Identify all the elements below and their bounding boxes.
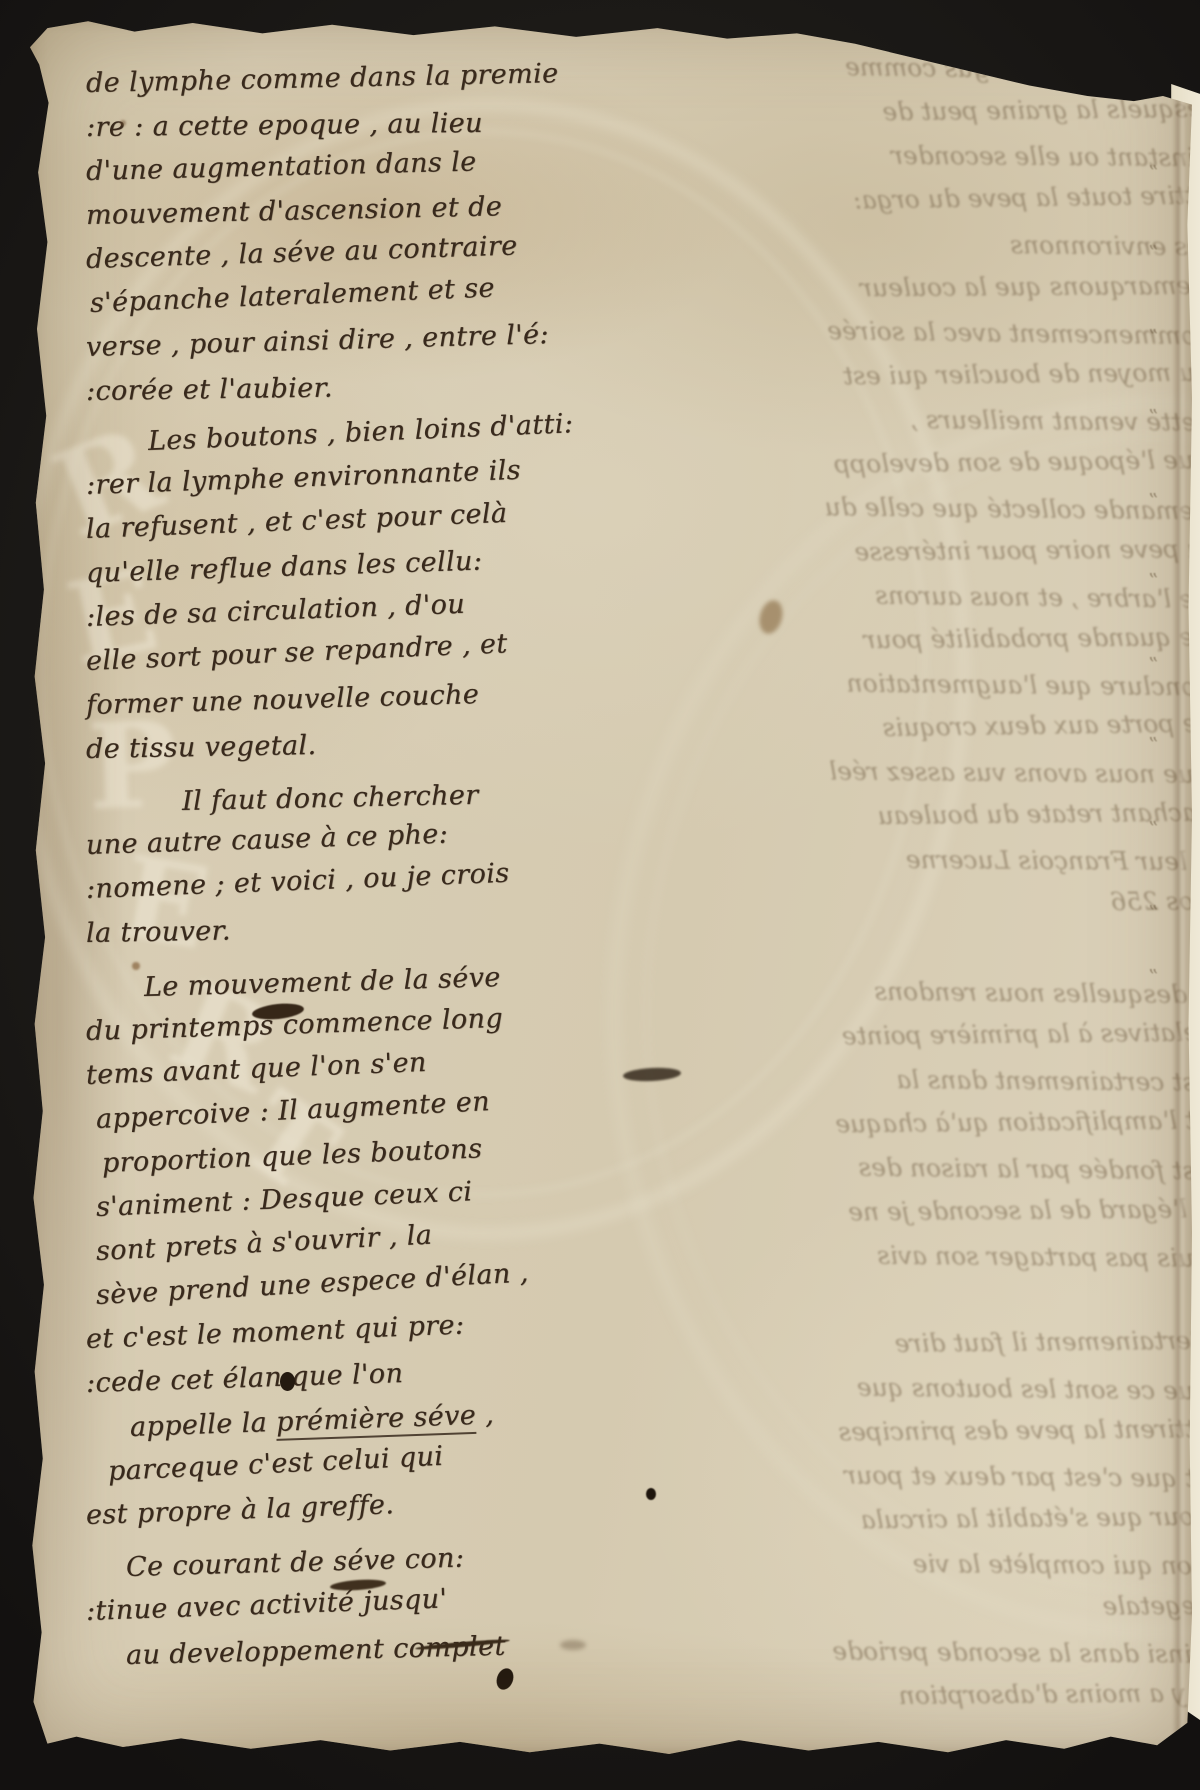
verso-stamp-ring-outer: [610, 400, 1200, 1636]
text-run: mouvement d'ascension et de: [86, 191, 503, 231]
verso-showthrough-line: commencement avec la soirée: [575, 306, 1200, 359]
verso-stamp-ring-inner: [645, 435, 1200, 1591]
ink-blot: [756, 598, 786, 637]
text-run: :tinue avec activité jusqu': [85, 1583, 447, 1627]
verso-showthrough-line: de quande probabilité pour: [570, 615, 1200, 665]
manuscript-text: de lymphe comme dans la premie:re : a ce…: [86, 62, 626, 1678]
text-run: :cede cet élan que l'on: [85, 1358, 403, 1399]
text-run: de lymphe comme dans la premie: [86, 58, 559, 99]
text-run: et c'est le moment qui pre:: [85, 1309, 465, 1355]
verso-showthrough-line: demande collecté que celle du: [560, 483, 1200, 534]
right-crease: [1172, 66, 1186, 1736]
verso-showthrough-line: Ainsi dans la seconde periode: [560, 1627, 1200, 1677]
verso-showthrough-line: au moyen de bouclier qui est: [565, 351, 1200, 402]
verso-showthrough-line: l'instant ou elle seconder: [600, 132, 1200, 180]
text-run: :nomene ; et voici , ou je crois: [85, 858, 510, 905]
ditto-mark: „: [1148, 314, 1158, 336]
ditto-mark: „: [1148, 722, 1158, 744]
verso-showthrough-line: Remarquons que la couleur: [605, 264, 1200, 312]
verso-showthrough-line: Certainement il faut dire: [585, 1319, 1200, 1370]
manuscript-line: la trouver.: [86, 903, 627, 956]
ditto-mark: „: [1148, 70, 1158, 92]
text-run: :re : a cette epoque , au lieu: [86, 108, 483, 143]
ditto-mark: „: [1148, 890, 1158, 912]
verso-showthrough-line: et l'amplification qu'à chaque: [550, 1099, 1200, 1150]
verso-showthrough-line: pour que s'établit la circula: [575, 1495, 1200, 1546]
verso-showthrough-line: que nous avons vus assez réel: [550, 747, 1200, 797]
manuscript-page: REPERT intéressants apergus commelesquel…: [30, 16, 1192, 1754]
text-run: parceque c'est celui qui: [107, 1441, 444, 1487]
verso-showthrough-line: à desquelles nous rendons: [585, 967, 1200, 1018]
text-run: :corée et l'aubier.: [86, 373, 333, 407]
text-run: s'épanche lateralement et se: [89, 272, 495, 319]
verso-showthrough-line: [550, 1278, 1200, 1322]
verso-showthrough-line: nos 256: [610, 879, 1200, 928]
verso-showthrough-line: cette venant meilleurs ,: [585, 395, 1200, 444]
verso-showthrough-line: et que c'est par deux et pour: [570, 1451, 1200, 1501]
text-run: Ce courant de séve con:: [126, 1543, 465, 1583]
text-run: la refusent , et c'est pour celà: [85, 498, 508, 545]
text-run: Il faut donc chercher: [182, 780, 479, 817]
manuscript-line: de lymphe comme dans la premie: [86, 51, 627, 106]
verso-showthrough-line: vegetale: [590, 1584, 1200, 1632]
text-run: ,: [476, 1399, 495, 1431]
verso-showthrough-line: [550, 926, 1200, 970]
verso-showthrough: intéressants apergus commelesquels la gr…: [550, 46, 1200, 1718]
ditto-mark: „: [1148, 230, 1158, 252]
verso-showthrough-line: à l'égard de la seconde je ne: [575, 1187, 1200, 1237]
ditto-mark: „: [1148, 642, 1158, 664]
text-run: verse , pour ainsi dire , entre l'é:: [86, 319, 550, 363]
text-run: Le mouvement de la séve: [144, 962, 502, 1003]
verso-showthrough-line: tion qui complète la vie: [565, 1540, 1200, 1589]
verso-showthrough-line: se porte aux deux croquis: [575, 702, 1200, 755]
verso-showthrough-line: attire toute la peve du orga:: [580, 174, 1200, 227]
text-run: d'une augmentation dans le: [86, 146, 477, 187]
text-run: appelle la: [129, 1407, 276, 1443]
ink-blot: [646, 1488, 656, 1500]
ink-blot: [623, 1066, 682, 1082]
verso-showthrough-line: intéressants apergus comme: [590, 42, 1200, 95]
verso-showthrough-line: conclure que l'augmentation: [555, 659, 1200, 710]
ditto-mark: „: [1148, 478, 1158, 500]
manuscript-line: au developpement complet: [125, 1622, 626, 1678]
verso-showthrough-line: puis pas partager son avis: [580, 1231, 1200, 1280]
verso-showthrough-line: est certainement dans la: [565, 1055, 1200, 1105]
verso-showthrough-line: il y a moins d'absorption: [575, 1671, 1200, 1721]
verso-showthrough-line: est fondée par la raison des: [560, 1143, 1200, 1194]
verso-showthrough-line: relatives à la primière pointe: [570, 1011, 1200, 1062]
verso-showthrough-line: attirent la peve des principes: [560, 1407, 1200, 1457]
verso-showthrough-line: que ce sont les boutons que: [565, 1363, 1200, 1414]
verso-showthrough-line: que l'époque de son developp: [570, 438, 1200, 490]
text-run: une autre cause à ce phe:: [85, 819, 448, 861]
manuscript-line: de tissu vegetal.: [86, 719, 627, 772]
verso-showthrough-line: les environnons: [570, 219, 1200, 270]
text-run: au developpement complet: [126, 1631, 506, 1671]
verso-showthrough-line: sachant retate du bouleau: [570, 791, 1200, 842]
text-run: est propre à la greffe.: [85, 1489, 394, 1531]
text-run: former une nouvelle couche: [86, 679, 480, 721]
ditto-mark: „: [1148, 806, 1158, 828]
text-run: de tissu vegetal.: [86, 730, 317, 765]
text-run: qu'elle reflue dans les cellu:: [85, 546, 482, 589]
verso-showthrough-line: à leur François Lucerne: [595, 836, 1200, 884]
ditto-mark: „: [1148, 394, 1158, 416]
text-run: la trouver.: [86, 915, 231, 949]
ditto-mark: „: [1148, 558, 1158, 580]
ditto-mark: „: [1148, 150, 1158, 172]
verso-showthrough-line: de l'arbre , et nous aurons: [580, 570, 1200, 622]
verso-showthrough-line: la peve noire pour intéresse: [575, 527, 1200, 577]
scan-background: REPERT intéressants apergus commelesquel…: [0, 0, 1200, 1790]
ditto-mark: „: [1148, 954, 1158, 976]
verso-showthrough-line: lesquels la graine peut de: [610, 87, 1200, 137]
